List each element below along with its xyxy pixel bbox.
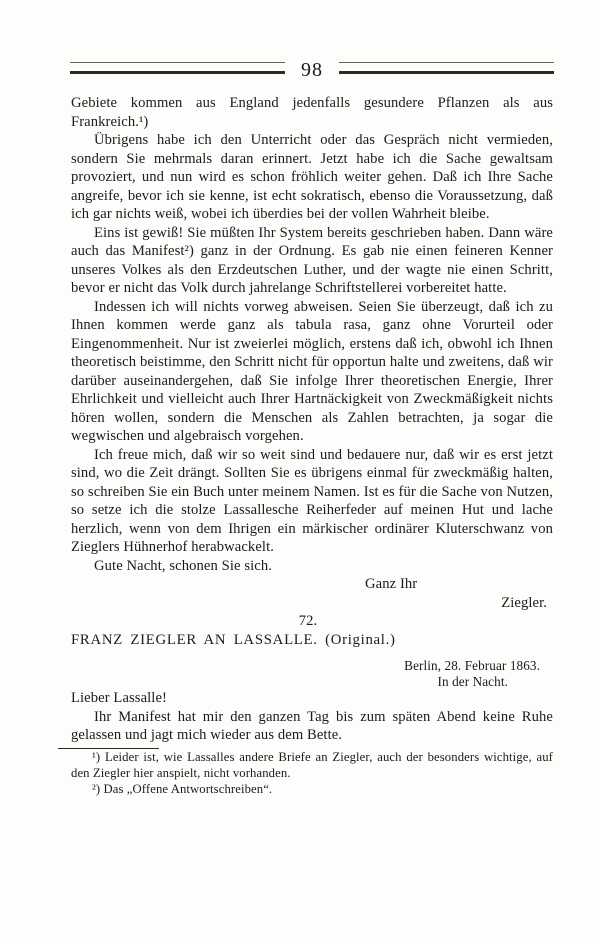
dateline-time-note: In der Nacht. — [71, 674, 553, 690]
header-rule-left — [70, 62, 285, 74]
body-paragraph: Übrigens habe ich den Unterricht oder da… — [71, 131, 553, 224]
salutation: Lieber Lassalle! — [71, 689, 553, 708]
signoff-closing: Ganz Ihr — [71, 575, 553, 594]
letter-number: 72. — [71, 612, 553, 631]
letter-heading: FRANZ ZIEGLER AN LASSALLE. (Original.) — [71, 631, 553, 650]
page-header: 98 — [70, 58, 554, 78]
dateline: Berlin, 28. Februar 1863. In der Nacht. — [71, 658, 553, 689]
letter-opening-paragraph: Ihr Manifest hat mir den ganzen Tag bis … — [71, 708, 553, 745]
footnote-2: ²) Das „Offene Antwortschreiben“. — [71, 781, 553, 797]
page-number: 98 — [301, 60, 323, 80]
book-page: 98 Gebiete kommen aus England jedenfalls… — [0, 0, 600, 944]
signoff-signature: Ziegler. — [71, 594, 553, 613]
header-rule-right — [339, 62, 554, 74]
dateline-place-date: Berlin, 28. Februar 1863. — [71, 658, 553, 674]
page-text-column: Gebiete kommen aus England jedenfalls ge… — [71, 94, 553, 797]
body-paragraph: Ich freue mich, daß wir so weit sind und… — [71, 446, 553, 557]
body-paragraph-continuation: Gebiete kommen aus England jedenfalls ge… — [71, 94, 553, 131]
footnote-1: ¹) Leider ist, wie Lassalles andere Brie… — [71, 749, 553, 782]
body-paragraph-goodnight: Gute Nacht, schonen Sie sich. — [71, 557, 553, 576]
body-paragraph: Indessen ich will nichts vorweg abweisen… — [71, 298, 553, 446]
body-paragraph: Eins ist gewiß! Sie müßten Ihr System be… — [71, 224, 553, 298]
